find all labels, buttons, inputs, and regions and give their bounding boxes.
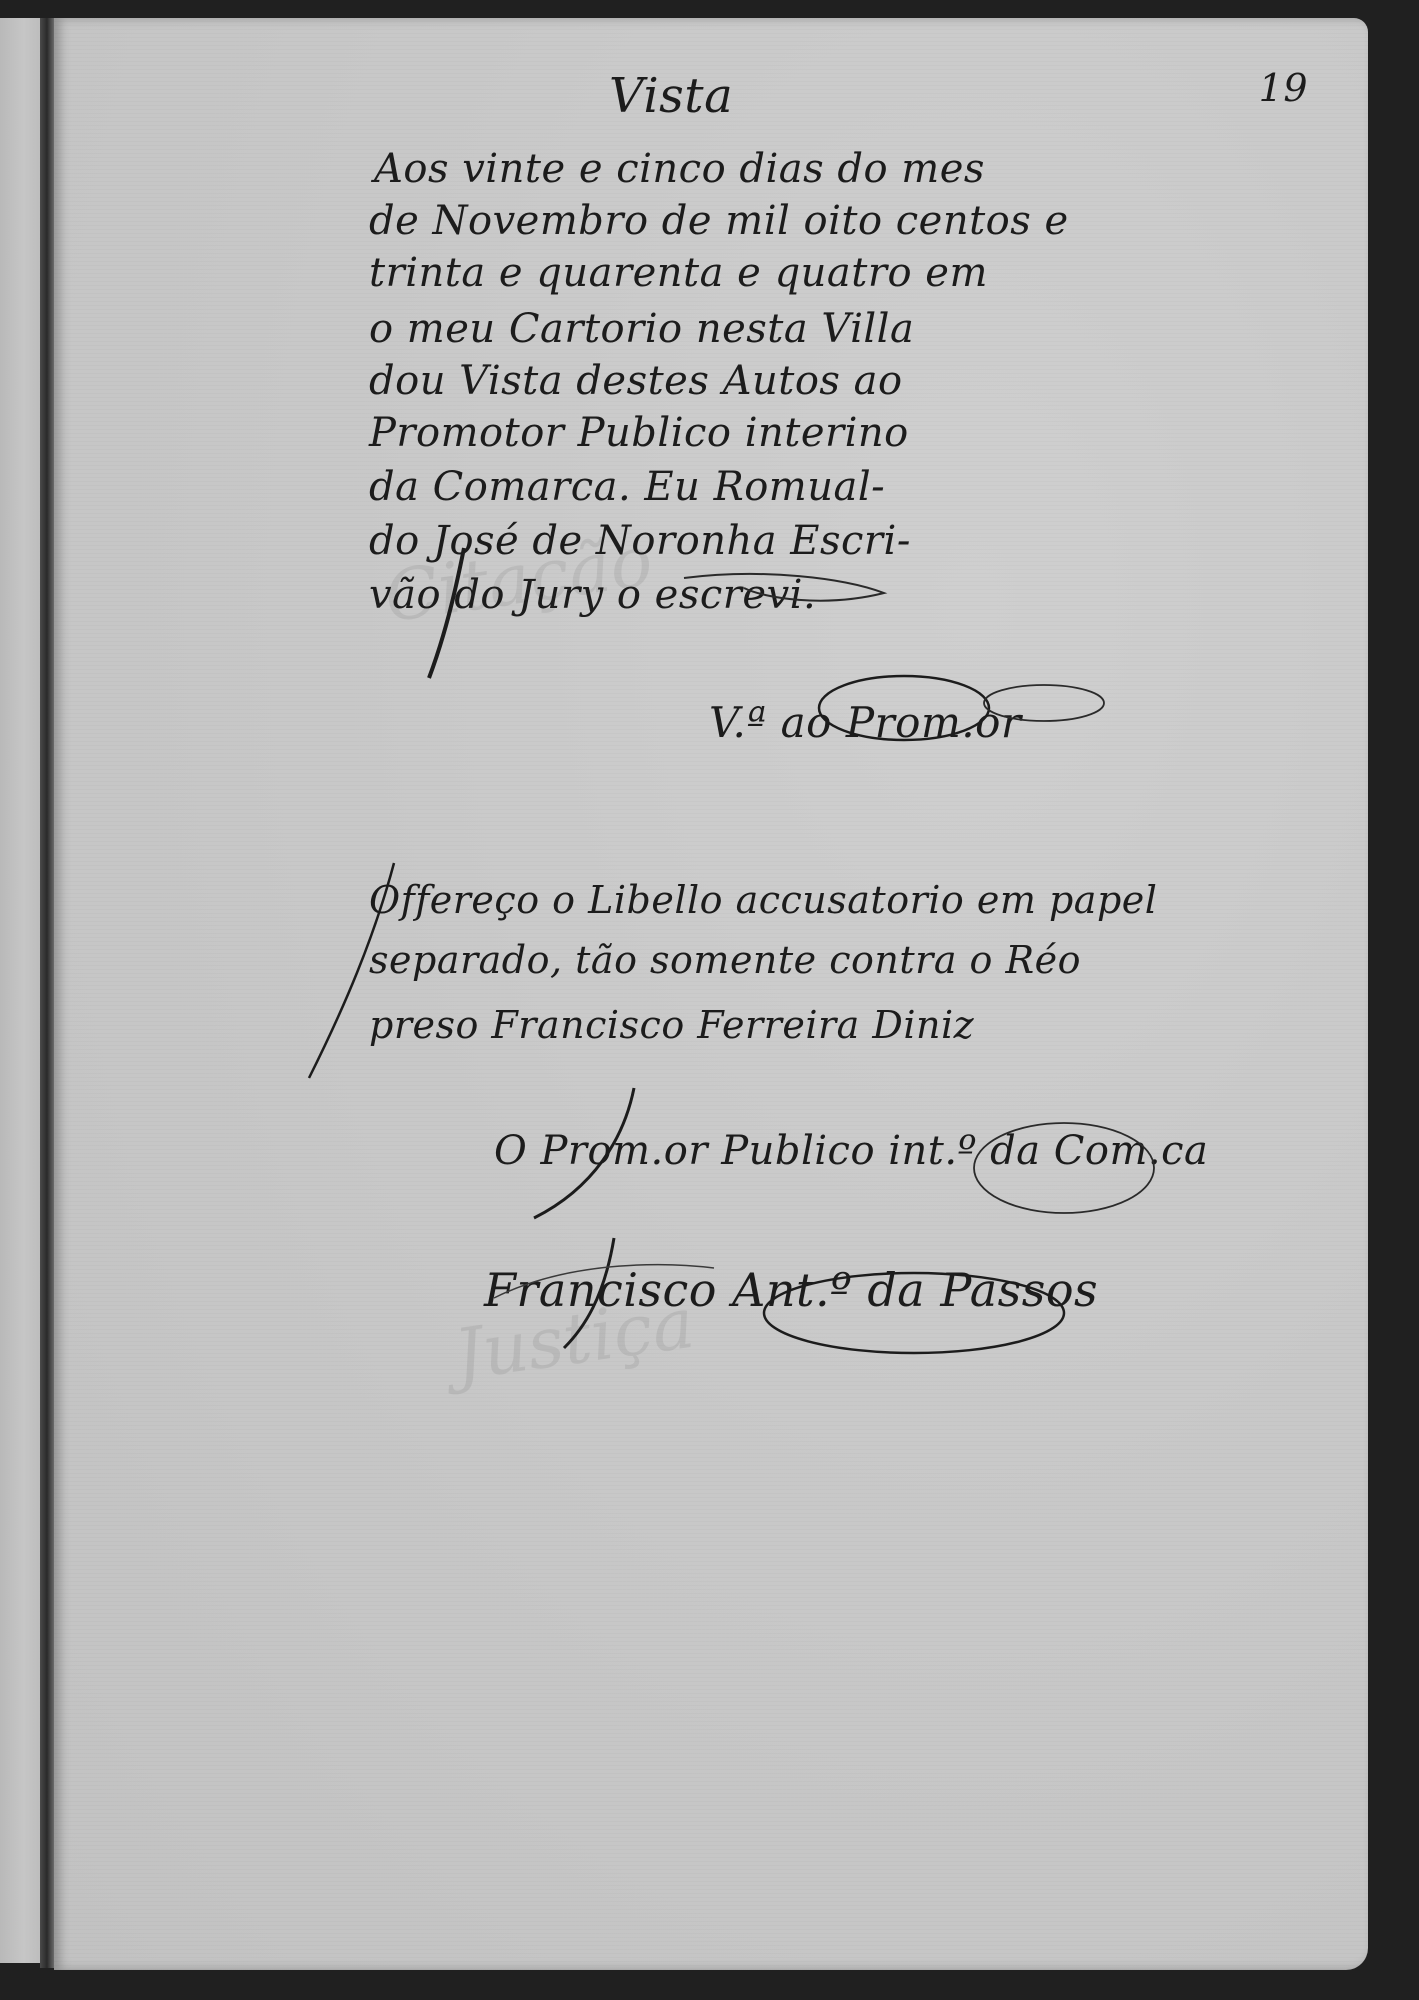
page-title: Vista	[609, 68, 733, 124]
text-line: dou Vista destes Autos ao	[369, 358, 903, 404]
text-line: Promotor Publico interino	[369, 410, 909, 456]
page-number: 19	[1259, 66, 1308, 110]
text-line: do José de Noronha Escri-	[369, 518, 911, 564]
filing-line: separado, tão somente contra o Réo	[369, 938, 1081, 982]
filing-line: preso Francisco Ferreira Diniz	[369, 1003, 974, 1047]
signature-name: Francisco Ant.º da Passos	[484, 1263, 1098, 1317]
filing-line: Offereço o Libello accusatorio em papel	[369, 878, 1157, 922]
text-line: de Novembro de mil oito centos e	[369, 198, 1069, 244]
marginal-note: V.ª ao Prom.or	[709, 698, 1021, 747]
text-line: Aos vinte e cinco dias do mes	[374, 146, 985, 192]
manuscript-page: Citação Justiça Vista 19 Aos vinte e cin…	[54, 18, 1368, 1970]
signature-office: O Prom.or Publico int.º da Com.ca	[494, 1128, 1208, 1174]
text-line: trinta e quarenta e quatro em	[369, 250, 988, 296]
text-line: da Comarca. Eu Romual-	[369, 464, 885, 510]
binding-gutter	[40, 18, 54, 1968]
scanned-manuscript: Citação Justiça Vista 19 Aos vinte e cin…	[0, 0, 1419, 2000]
text-line: o meu Cartorio nesta Villa	[369, 306, 914, 352]
previous-page-edge	[0, 18, 40, 1963]
text-line: vão do Jury o escrevi.	[369, 572, 816, 618]
